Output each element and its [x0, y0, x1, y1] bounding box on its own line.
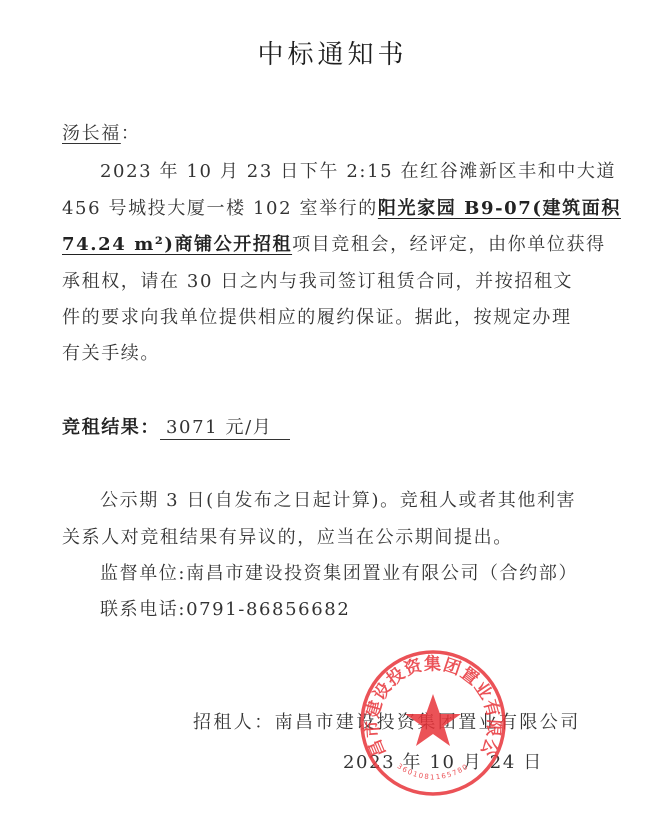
- project-name-part-1: 阳光家园 B9-07(建筑面积: [378, 198, 621, 219]
- salutation: 汤长福：: [62, 122, 562, 146]
- body-line-3-suffix: 项目竞租会，经评定，由你单位获得: [292, 234, 606, 255]
- body-line-6: 有关手续。: [62, 342, 562, 366]
- body-line-1: 2023 年 10 月 23 日下午 2:15 在红谷滩新区丰和中大道: [100, 160, 600, 184]
- notice-line-2: 关系人对竞租结果有异议的，应当在公示期间提出。: [62, 526, 562, 550]
- body-line-5: 件的要求向我单位提供相应的履约保证。据此，按规定办理: [62, 306, 562, 330]
- body-line-2-prefix: 456 号城投大厦一楼 102 室举行的: [62, 198, 378, 219]
- svg-text:南昌市建设投资集团置业有限公司: 南昌市建设投资集团置业有限公司: [358, 648, 504, 760]
- seal-ring-text: 南昌市建设投资集团置业有限公司: [358, 648, 504, 760]
- body-line-3: 74.24 m²)商铺公开招租项目竞租会，经评定，由你单位获得: [62, 233, 562, 257]
- body-line-4: 承租权，请在 30 日之内与我司签订租赁合同，并按招租文: [62, 270, 562, 294]
- body-line-2: 456 号城投大厦一楼 102 室举行的阳光家园 B9-07(建筑面积: [62, 197, 562, 221]
- contact-phone: 联系电话:0791-86856682: [100, 598, 600, 622]
- bid-result-label: 竞租结果：: [62, 417, 160, 438]
- recipient-name: 汤长福: [62, 123, 121, 144]
- notice-document: 中标通知书 汤长福： 2023 年 10 月 23 日下午 2:15 在红谷滩新…: [0, 0, 665, 833]
- project-name-part-2: 74.24 m²)商铺公开招租: [62, 234, 292, 255]
- document-title: 中标通知书: [0, 34, 665, 71]
- bid-result-value: 3071 元/月: [160, 417, 290, 440]
- signer: 招租人：南昌市建设投资集团置业有限公司: [193, 711, 581, 735]
- notice-line-1: 公示期 3 日(自发布之日起计算)。竞租人或者其他利害: [100, 489, 600, 513]
- salutation-colon: ：: [121, 123, 141, 144]
- sign-date: 2023 年 10 月 24 日: [343, 751, 543, 775]
- supervisor-unit: 监督单位:南昌市建设投资集团置业有限公司（合约部）: [100, 562, 600, 586]
- bid-result: 竞租结果：3071 元/月: [62, 416, 562, 440]
